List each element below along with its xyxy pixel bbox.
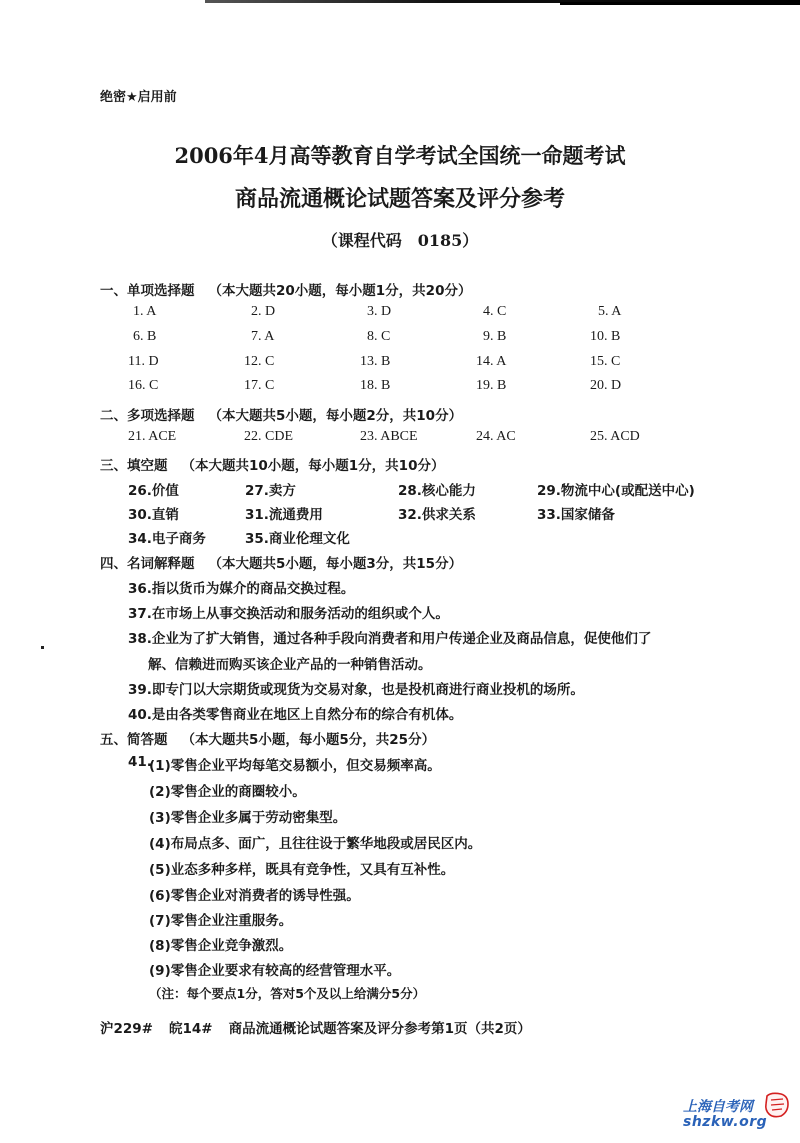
answer-item: 7. A	[251, 329, 274, 345]
answer-item: 2. D	[251, 304, 275, 320]
answer-item: 38.企业为了扩大销售，通过各种手段向消费者和用户传递企业及商品信息，促使他们了	[128, 627, 651, 647]
answer-item: 22. CDE	[244, 429, 293, 445]
watermark-logo: 上海自考网 shzkw.org	[683, 1090, 798, 1140]
answer-item: 25. ACD	[590, 429, 640, 445]
answer-item: 26.价值	[128, 479, 179, 499]
section-note: （本大题共5小题，每小题3分，共15分）	[209, 556, 463, 572]
answer-item: 36.指以货币为媒介的商品交换过程。	[128, 577, 354, 597]
answer-item-continuation: 解、信赖进而购买该企业产品的一种销售活动。	[148, 653, 432, 673]
scoring-note: （注：每个要点1分，答对5个及以上给满分5分）	[149, 984, 425, 1002]
answer-point: (8)零售企业竞争激烈。	[149, 934, 292, 954]
answer-point: (4)布局点多、面广，且往往设于繁华地段或居民区内。	[149, 832, 481, 852]
answer-point: (3)零售企业多属于劳动密集型。	[149, 806, 346, 826]
answer-item: 3. D	[367, 304, 391, 320]
answer-item: 37.在市场上从事交换活动和服务活动的组织或个人。	[128, 602, 449, 622]
answer-item: 27.卖方	[245, 479, 296, 499]
answer-item: 24. AC	[476, 429, 516, 445]
answer-item: 10. B	[590, 329, 620, 345]
section-4-heading: 四、名词解释题（本大题共5小题，每小题3分，共15分）	[100, 552, 462, 572]
answer-item: 33.国家储备	[537, 503, 615, 523]
answer-item: 35.商业伦理文化	[245, 527, 350, 547]
section-title: 二、多项选择题	[100, 408, 195, 424]
answer-item: 28.核心能力	[398, 479, 476, 499]
answer-item: 6. B	[133, 329, 156, 345]
section-note: （本大题共10小题，每小题1分，共10分）	[182, 458, 445, 474]
answer-item: 39.即专门以大宗期货或现货为交易对象，也是投机商进行商业投机的场所。	[128, 678, 584, 698]
scan-speck	[41, 646, 44, 649]
section-title: 五、简答题	[100, 732, 168, 748]
answer-item: 18. B	[360, 378, 390, 394]
answer-item: 5. A	[598, 304, 621, 320]
answer-item: 31.流通费用	[245, 503, 323, 523]
section-note: （本大题共5小题，每小题5分，共25分）	[182, 732, 436, 748]
footer-code-wan: 皖14#	[169, 1021, 213, 1037]
answer-item: 19. B	[476, 378, 506, 394]
answer-item: 13. B	[360, 354, 390, 370]
footer-page-info: 商品流通概论试题答案及评分参考第1页（共2页）	[229, 1021, 531, 1037]
answer-item: 15. C	[590, 354, 620, 370]
answer-item: 32.供求关系	[398, 503, 476, 523]
answer-point: (7)零售企业注重服务。	[149, 909, 292, 929]
answer-item: 1. A	[133, 304, 156, 320]
answer-point: (6)零售企业对消费者的诱导性强。	[149, 884, 360, 904]
answer-item: 16. C	[128, 378, 158, 394]
answer-item: 20. D	[590, 378, 621, 394]
answer-item: 17. C	[244, 378, 274, 394]
answer-item: 4. C	[483, 304, 506, 320]
answer-item: 30.直销	[128, 503, 179, 523]
footer-code-hu: 沪229#	[100, 1021, 153, 1037]
answer-point: (2)零售企业的商圈较小。	[149, 780, 306, 800]
answer-item: 14. A	[476, 354, 506, 370]
section-title: 四、名词解释题	[100, 556, 195, 572]
watermark-site-name: 上海自考网	[683, 1096, 753, 1116]
section-5-heading: 五、简答题（本大题共5小题，每小题5分，共25分）	[100, 728, 435, 748]
section-1-heading: 一、单项选择题（本大题共20小题，每小题1分，共20分）	[100, 279, 471, 299]
confidential-mark: 绝密★启用前	[100, 86, 177, 105]
answer-item: 34.电子商务	[128, 527, 206, 547]
fist-icon	[761, 1090, 791, 1120]
page-footer: 沪229#皖14#商品流通概论试题答案及评分参考第1页（共2页）	[100, 1017, 547, 1037]
scan-edge-line-dark	[560, 2, 800, 5]
exam-title: 2006年4月高等教育自学考试全国统一命题考试	[0, 140, 800, 170]
answer-point: (1)零售企业平均每笔交易额小，但交易频率高。	[149, 754, 441, 774]
answer-item: 11. D	[128, 354, 159, 370]
answer-point: (5)业态多种多样，既具有竞争性，又具有互补性。	[149, 858, 454, 878]
answer-point: (9)零售企业要求有较高的经营管理水平。	[149, 959, 400, 979]
answer-item: 29.物流中心(或配送中心)	[537, 479, 695, 499]
section-3-heading: 三、填空题（本大题共10小题，每小题1分，共10分）	[100, 454, 444, 474]
section-note: （本大题共20小题，每小题1分，共20分）	[209, 283, 472, 299]
section-note: （本大题共5小题，每小题2分，共10分）	[209, 408, 463, 424]
answer-item: 8. C	[367, 329, 390, 345]
document-title: 商品流通概论试题答案及评分参考	[0, 182, 800, 213]
answer-item: 9. B	[483, 329, 506, 345]
answer-item: 21. ACE	[128, 429, 176, 445]
answer-item: 40.是由各类零售商业在地区上自然分布的综合有机体。	[128, 703, 462, 723]
section-title: 三、填空题	[100, 458, 168, 474]
answer-item: 12. C	[244, 354, 274, 370]
watermark-domain: shzkw.org	[683, 1114, 767, 1130]
answer-item: 23. ABCE	[360, 429, 418, 445]
section-2-heading: 二、多项选择题（本大题共5小题，每小题2分，共10分）	[100, 404, 462, 424]
course-code: （课程代码 0185）	[0, 228, 800, 251]
section-title: 一、单项选择题	[100, 283, 195, 299]
